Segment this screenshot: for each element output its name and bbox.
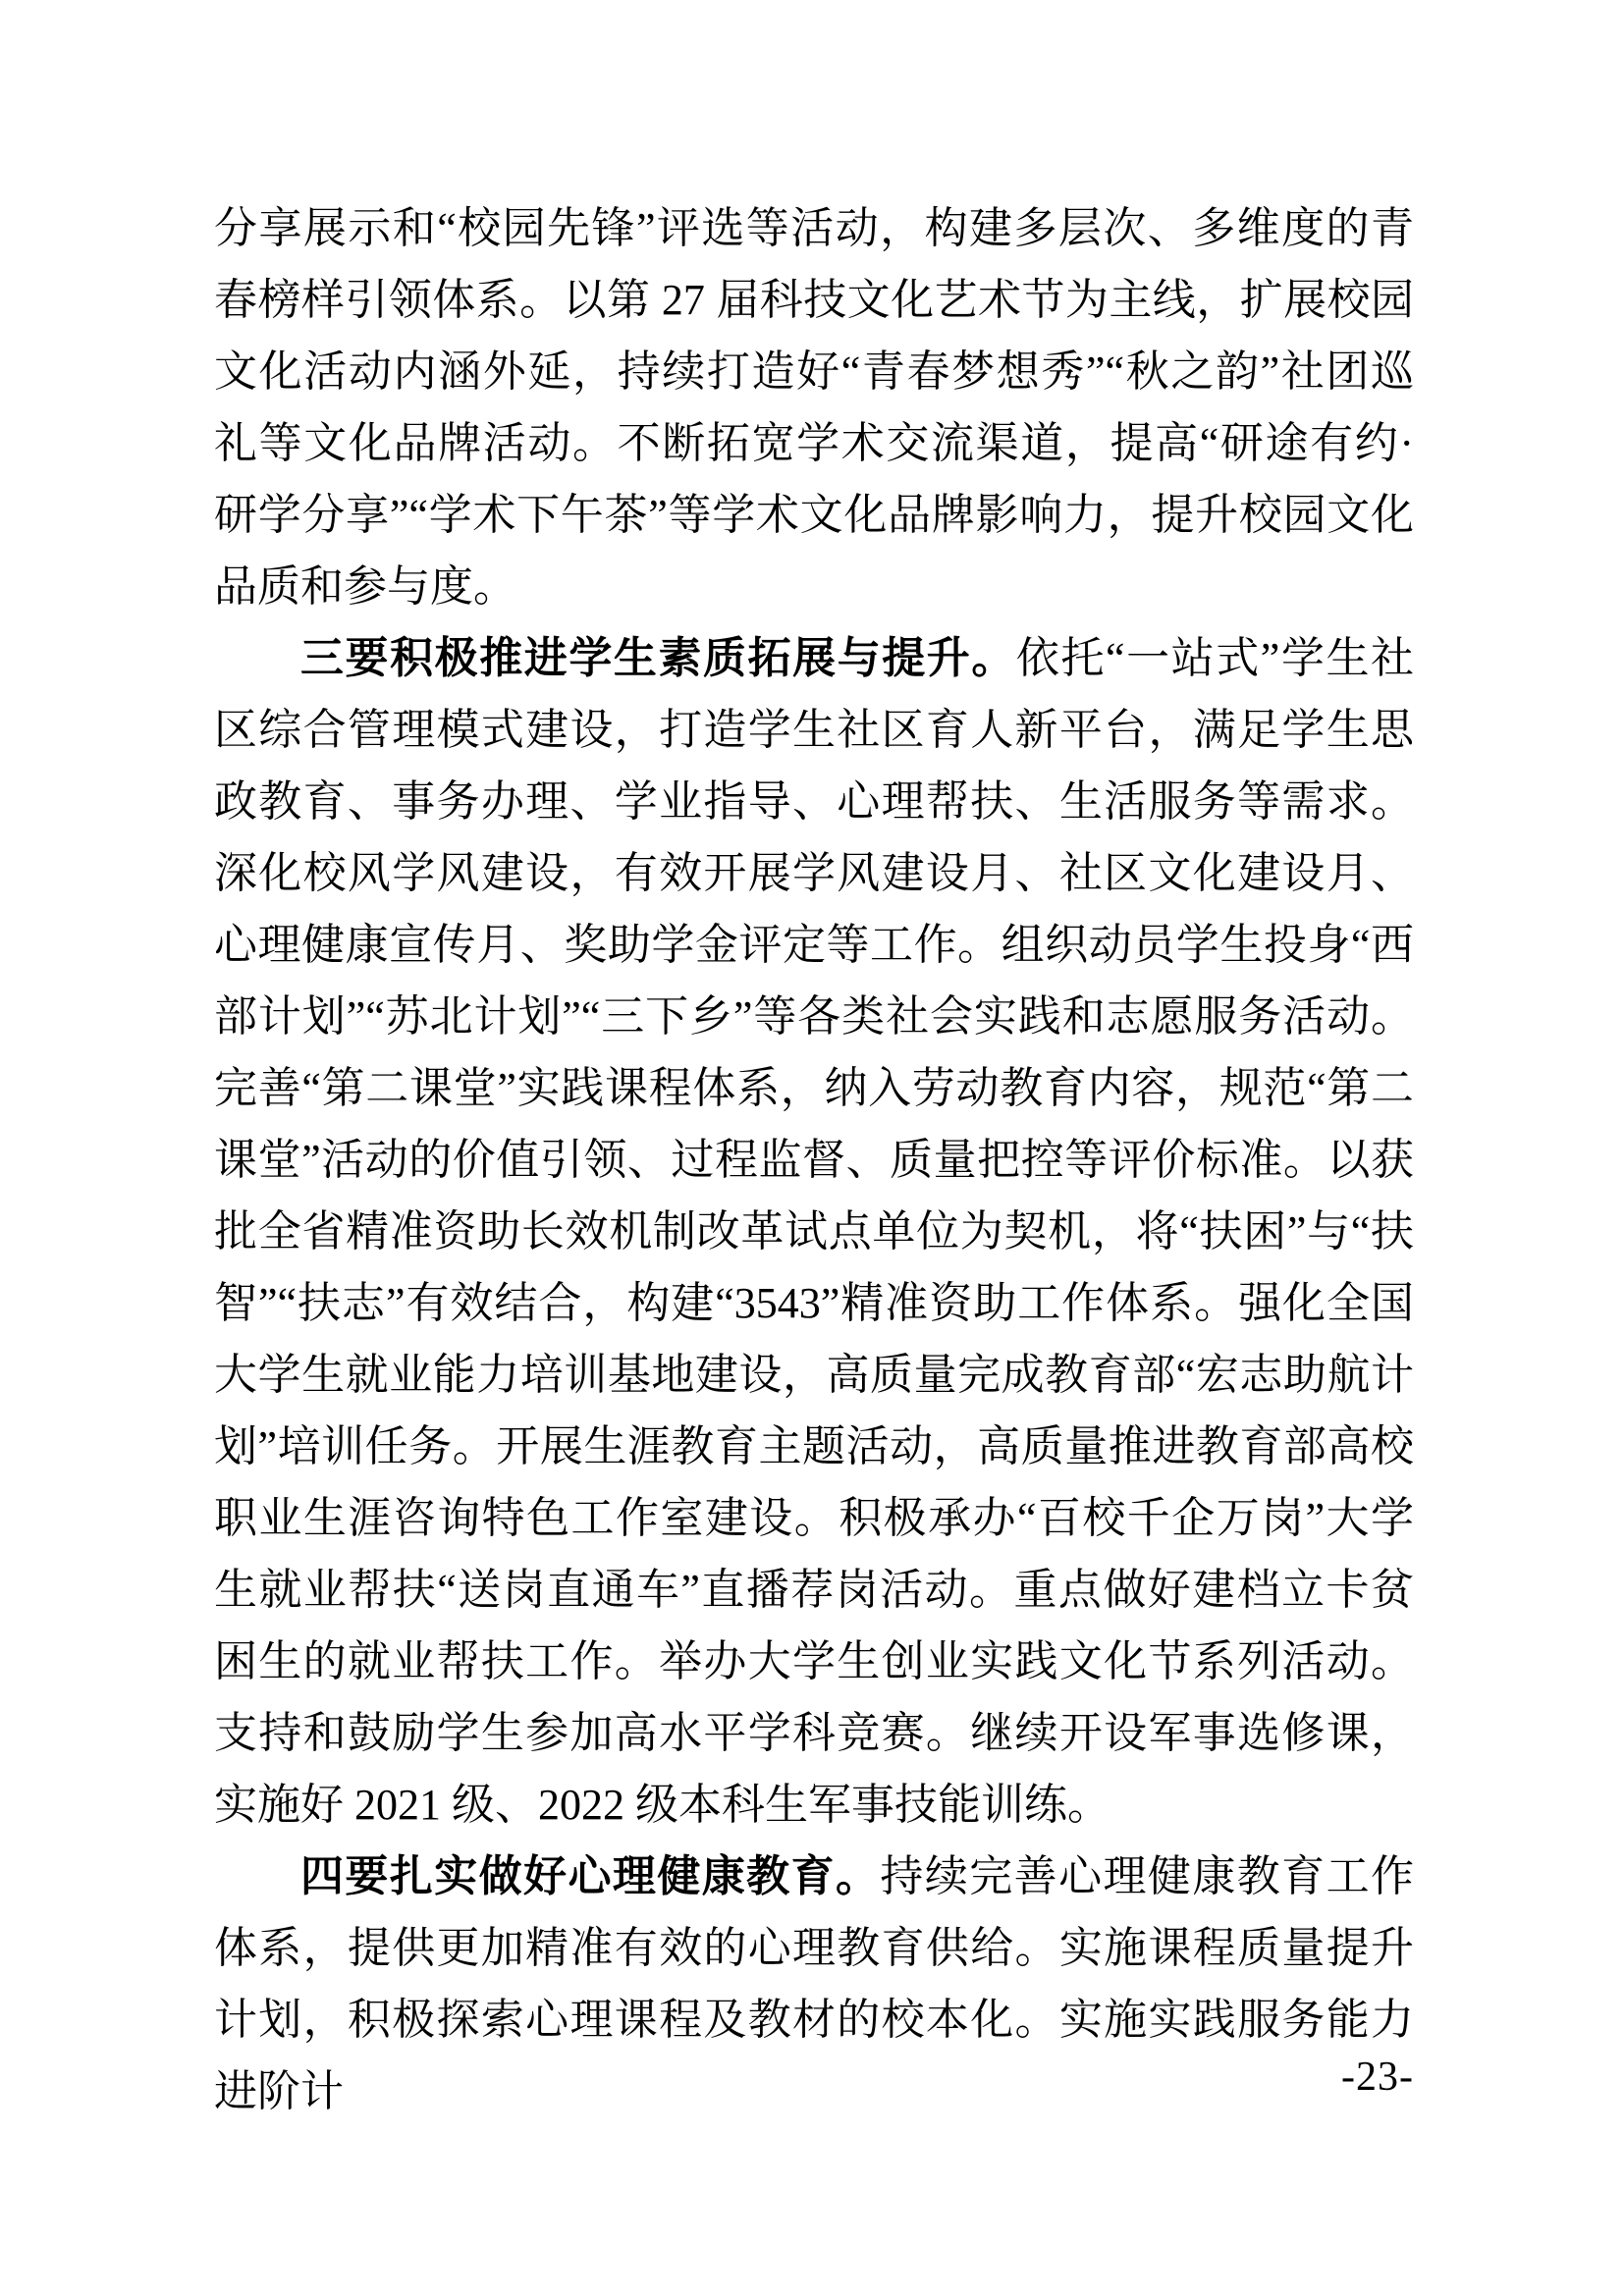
paragraph-text: 依托“一站式”学生社区综合管理模式建设，打造学生社区育人新平台，满足学生思政教育…	[214, 634, 1414, 1829]
paragraph-third-point: 三要积极推进学生素质拓展与提升。依托“一站式”学生社区综合管理模式建设，打造学生…	[214, 622, 1414, 1841]
paragraph-lead: 四要扎实做好心理健康教育。	[300, 1852, 880, 1900]
paragraph-continuation: 分享展示和“校园先锋”评选等活动，构建多层次、多维度的青春榜样引领体系。以第 2…	[214, 192, 1414, 622]
paragraph-text: 分享展示和“校园先锋”评选等活动，构建多层次、多维度的青春榜样引领体系。以第 2…	[214, 204, 1414, 611]
page-number: -23-	[1341, 2055, 1414, 2100]
document-page: 分享展示和“校园先锋”评选等活动，构建多层次、多维度的青春榜样引领体系。以第 2…	[0, 0, 1624, 2296]
page-footer: -23-	[214, 2054, 1414, 2101]
paragraph-lead: 三要积极推进学生素质拓展与提升。	[300, 634, 1016, 682]
document-body: 分享展示和“校园先锋”评选等活动，构建多层次、多维度的青春榜样引领体系。以第 2…	[214, 192, 1414, 2127]
